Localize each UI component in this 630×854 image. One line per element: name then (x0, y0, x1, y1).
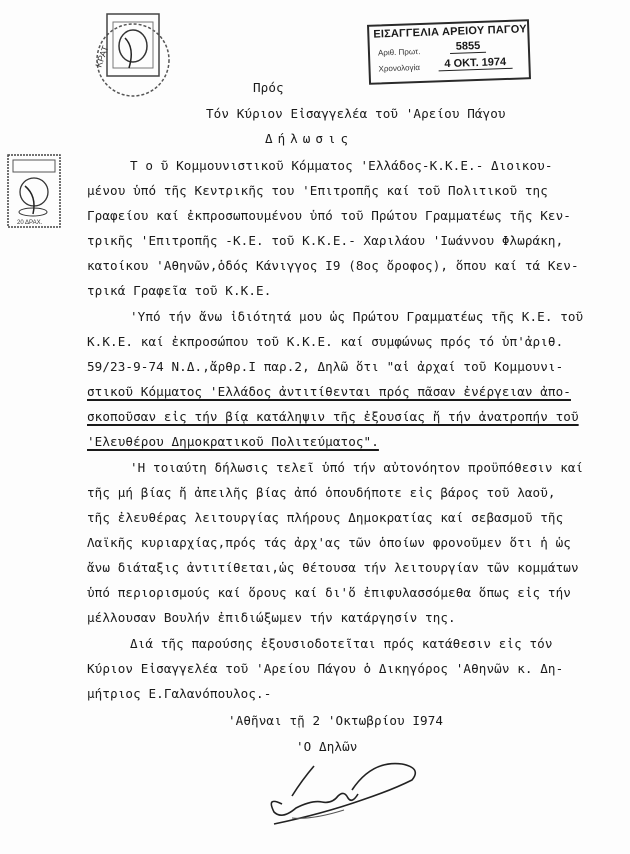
document-title: Δήλωσις (265, 131, 353, 146)
text-line: Κύριον Εἰσαγγελέα τοῦ 'Αρείου Πάγου ὁ Δι… (87, 661, 563, 676)
stamp-date-value: 4 ΟΚΤ. 1974 (438, 56, 512, 72)
text-line: ἄνω διάταξις ἀντιτίθεται,ὡς θέτουσα τήν … (87, 560, 579, 575)
text-line: ὑπό περιορισμούς καί ὅρους καί δι'ὅ ἐπιφ… (87, 585, 571, 600)
header-recipient: Τόν Κύριον Εἰσαγγελέα τοῦ 'Αρείου Πάγου (206, 106, 506, 121)
header-to: Πρός (253, 80, 284, 95)
text-line-underlined: 'Ελευθέρου Δημοκρατικοῦ Πολιτεύματος". (87, 434, 379, 449)
text-line: τῆς μή βίας ἤ ἀπειλῆς βίας ἀπό ὁπουδήποτ… (87, 485, 556, 500)
text-line: μέλλουσαν Βουλήν ἐπιδιώξωμεν τήν κατάργη… (87, 610, 456, 625)
text-line: Λαϊκῆς κυριαρχίας,πρός τάς ἀρχ'ας τῶν ὁπ… (87, 535, 571, 550)
text-line: 'Η τοιαύτη δήλωσις τελεῖ ὑπό τήν αὐτονόη… (130, 460, 583, 475)
revenue-stamp-top: ΚΡΑΤ (95, 8, 175, 100)
svg-text:ΚΡΑΤ: ΚΡΑΤ (95, 44, 111, 69)
text-line: 'Υπό τήν ἄνω ἰδιότητά μου ὡς Πρώτου Γραμ… (130, 309, 583, 324)
revenue-stamp-left: 20 ΔΡΑΧ. (5, 152, 65, 232)
stamp-title: ΕΙΣΑΓΓΕΛΙΑ ΑΡΕΙΟΥ ΠΑΓΟΥ (373, 23, 527, 40)
text-line-underlined: σκοποῦσαν εἰς τήν βίᾳ κατάληψιν τῆς ἐξου… (87, 409, 579, 424)
text-line: κατοίκου 'Αθηνῶν,ὁδός Κάνιγγος Ι9 (8ος ὄ… (87, 258, 579, 273)
text-line: μήτριος Ε.Γαλανόπουλος.- (87, 686, 271, 701)
signature (252, 760, 452, 830)
text-line: τῆς ἐλευθέρας λειτουργίας πλήρους Δημοκρ… (87, 510, 563, 525)
text-line: Κ.Κ.Ε. καί ἐκπροσώπου τοῦ Κ.Κ.Ε. καί συμ… (87, 334, 563, 349)
place-date: 'Αθῆναι τῇ 2 'Οκτωβρίου Ι974 (228, 713, 443, 728)
text-line: Τ ο ῦ Κομμουνιστικοῦ Κόμματος 'Ελλάδος-Κ… (130, 158, 553, 173)
declarant-label: 'Ο Δηλῶν (296, 739, 357, 754)
text-line: μένου ὑπό τῆς Κεντρικῆς του 'Επιτροπῆς κ… (87, 183, 548, 198)
stamp-date-label: Χρονολογία (378, 63, 420, 73)
text-line: τρικῆς 'Επιτροπῆς -Κ.Ε. τοῦ Κ.Κ.Ε.- Χαρι… (87, 233, 563, 248)
document-page: ΚΡΑΤ 20 ΔΡΑΧ. ΕΙΣΑΓΓΕΛΙΑ ΑΡΕΙΟΥ ΠΑΓΟΥ Αρ… (0, 0, 630, 854)
text-line: 59/23-9-74 Ν.Δ.,ἄρθρ.Ι παρ.2, Δηλῶ ὅτι "… (87, 359, 563, 374)
stamp-protocol-number: 5855 (450, 40, 487, 54)
text-line: τρικά Γραφεῖα τοῦ Κ.Κ.Ε. (87, 283, 271, 298)
svg-text:20 ΔΡΑΧ.: 20 ΔΡΑΧ. (17, 220, 43, 226)
text-line-underlined: στικοῦ Κόμματος 'Ελλάδος ἀντιτίθενται πρ… (87, 384, 571, 399)
stamp-protocol-label: Αριθ. Πρωτ. (378, 47, 421, 57)
receipt-stamp: ΕΙΣΑΓΓΕΛΙΑ ΑΡΕΙΟΥ ΠΑΓΟΥ Αριθ. Πρωτ. 5855… (367, 19, 531, 85)
text-line: Διά τῆς παρούσης ἐξουσιοδοτεῖται πρός κα… (130, 636, 553, 651)
text-line: Γραφείου καί ἐκπροσωπουμένου ὑπό τοῦ Πρώ… (87, 208, 571, 223)
